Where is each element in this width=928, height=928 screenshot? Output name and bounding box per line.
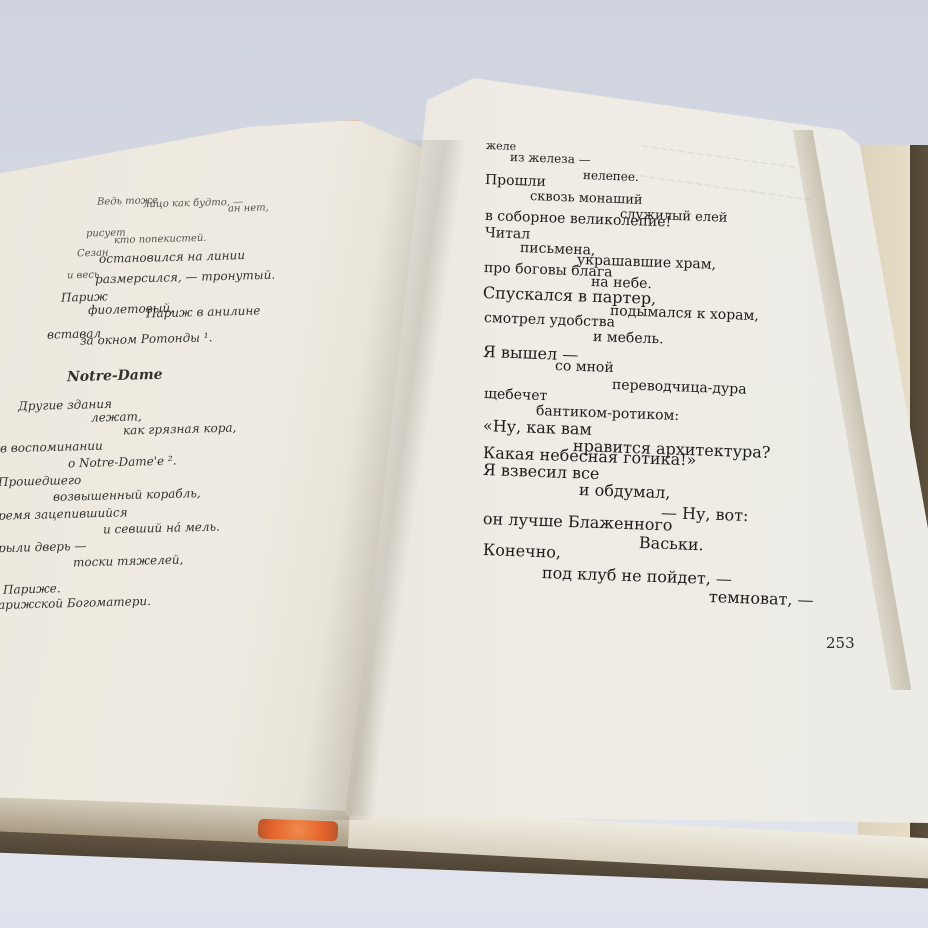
book-photo: ~~~~~~~~~~~~~~~~~ ~~~~~~~~~~~~~~~~~~~~~ …: [0, 0, 928, 928]
poem-line: о Notre-Dame'е ².: [68, 454, 177, 471]
poem-line: рыли дверь —: [0, 539, 87, 555]
poem-line: Париж в анилине: [146, 304, 261, 321]
page-number: 253: [826, 634, 855, 652]
poem-line: со мной: [555, 358, 614, 376]
poem-line: — Ну, вот:: [661, 503, 749, 525]
poem-line: Васьки.: [639, 533, 704, 554]
footnote: Париже.: [3, 581, 61, 597]
poem-line: и мебель.: [593, 329, 664, 347]
poem-line: и обдумал,: [579, 480, 671, 502]
poem-line: в воспоминании: [0, 439, 103, 456]
poem-line: темноват, —: [709, 587, 814, 610]
poem-line: ан нет,: [228, 202, 269, 214]
poem-line: из железа —: [510, 150, 591, 167]
poem-line: тоски тяжелей,: [73, 553, 184, 570]
poem-line: Прошедшего: [0, 473, 81, 489]
poem-line: щебечет: [484, 386, 548, 404]
section-title: Notre-Dame: [67, 367, 163, 385]
poem-line: Конечно,: [483, 540, 562, 562]
poem-line: Прошли: [485, 172, 546, 190]
bookmark-ribbon: [258, 819, 339, 842]
poem-line: нелепее.: [583, 168, 639, 184]
poem-line: как грязная кора,: [123, 421, 237, 438]
